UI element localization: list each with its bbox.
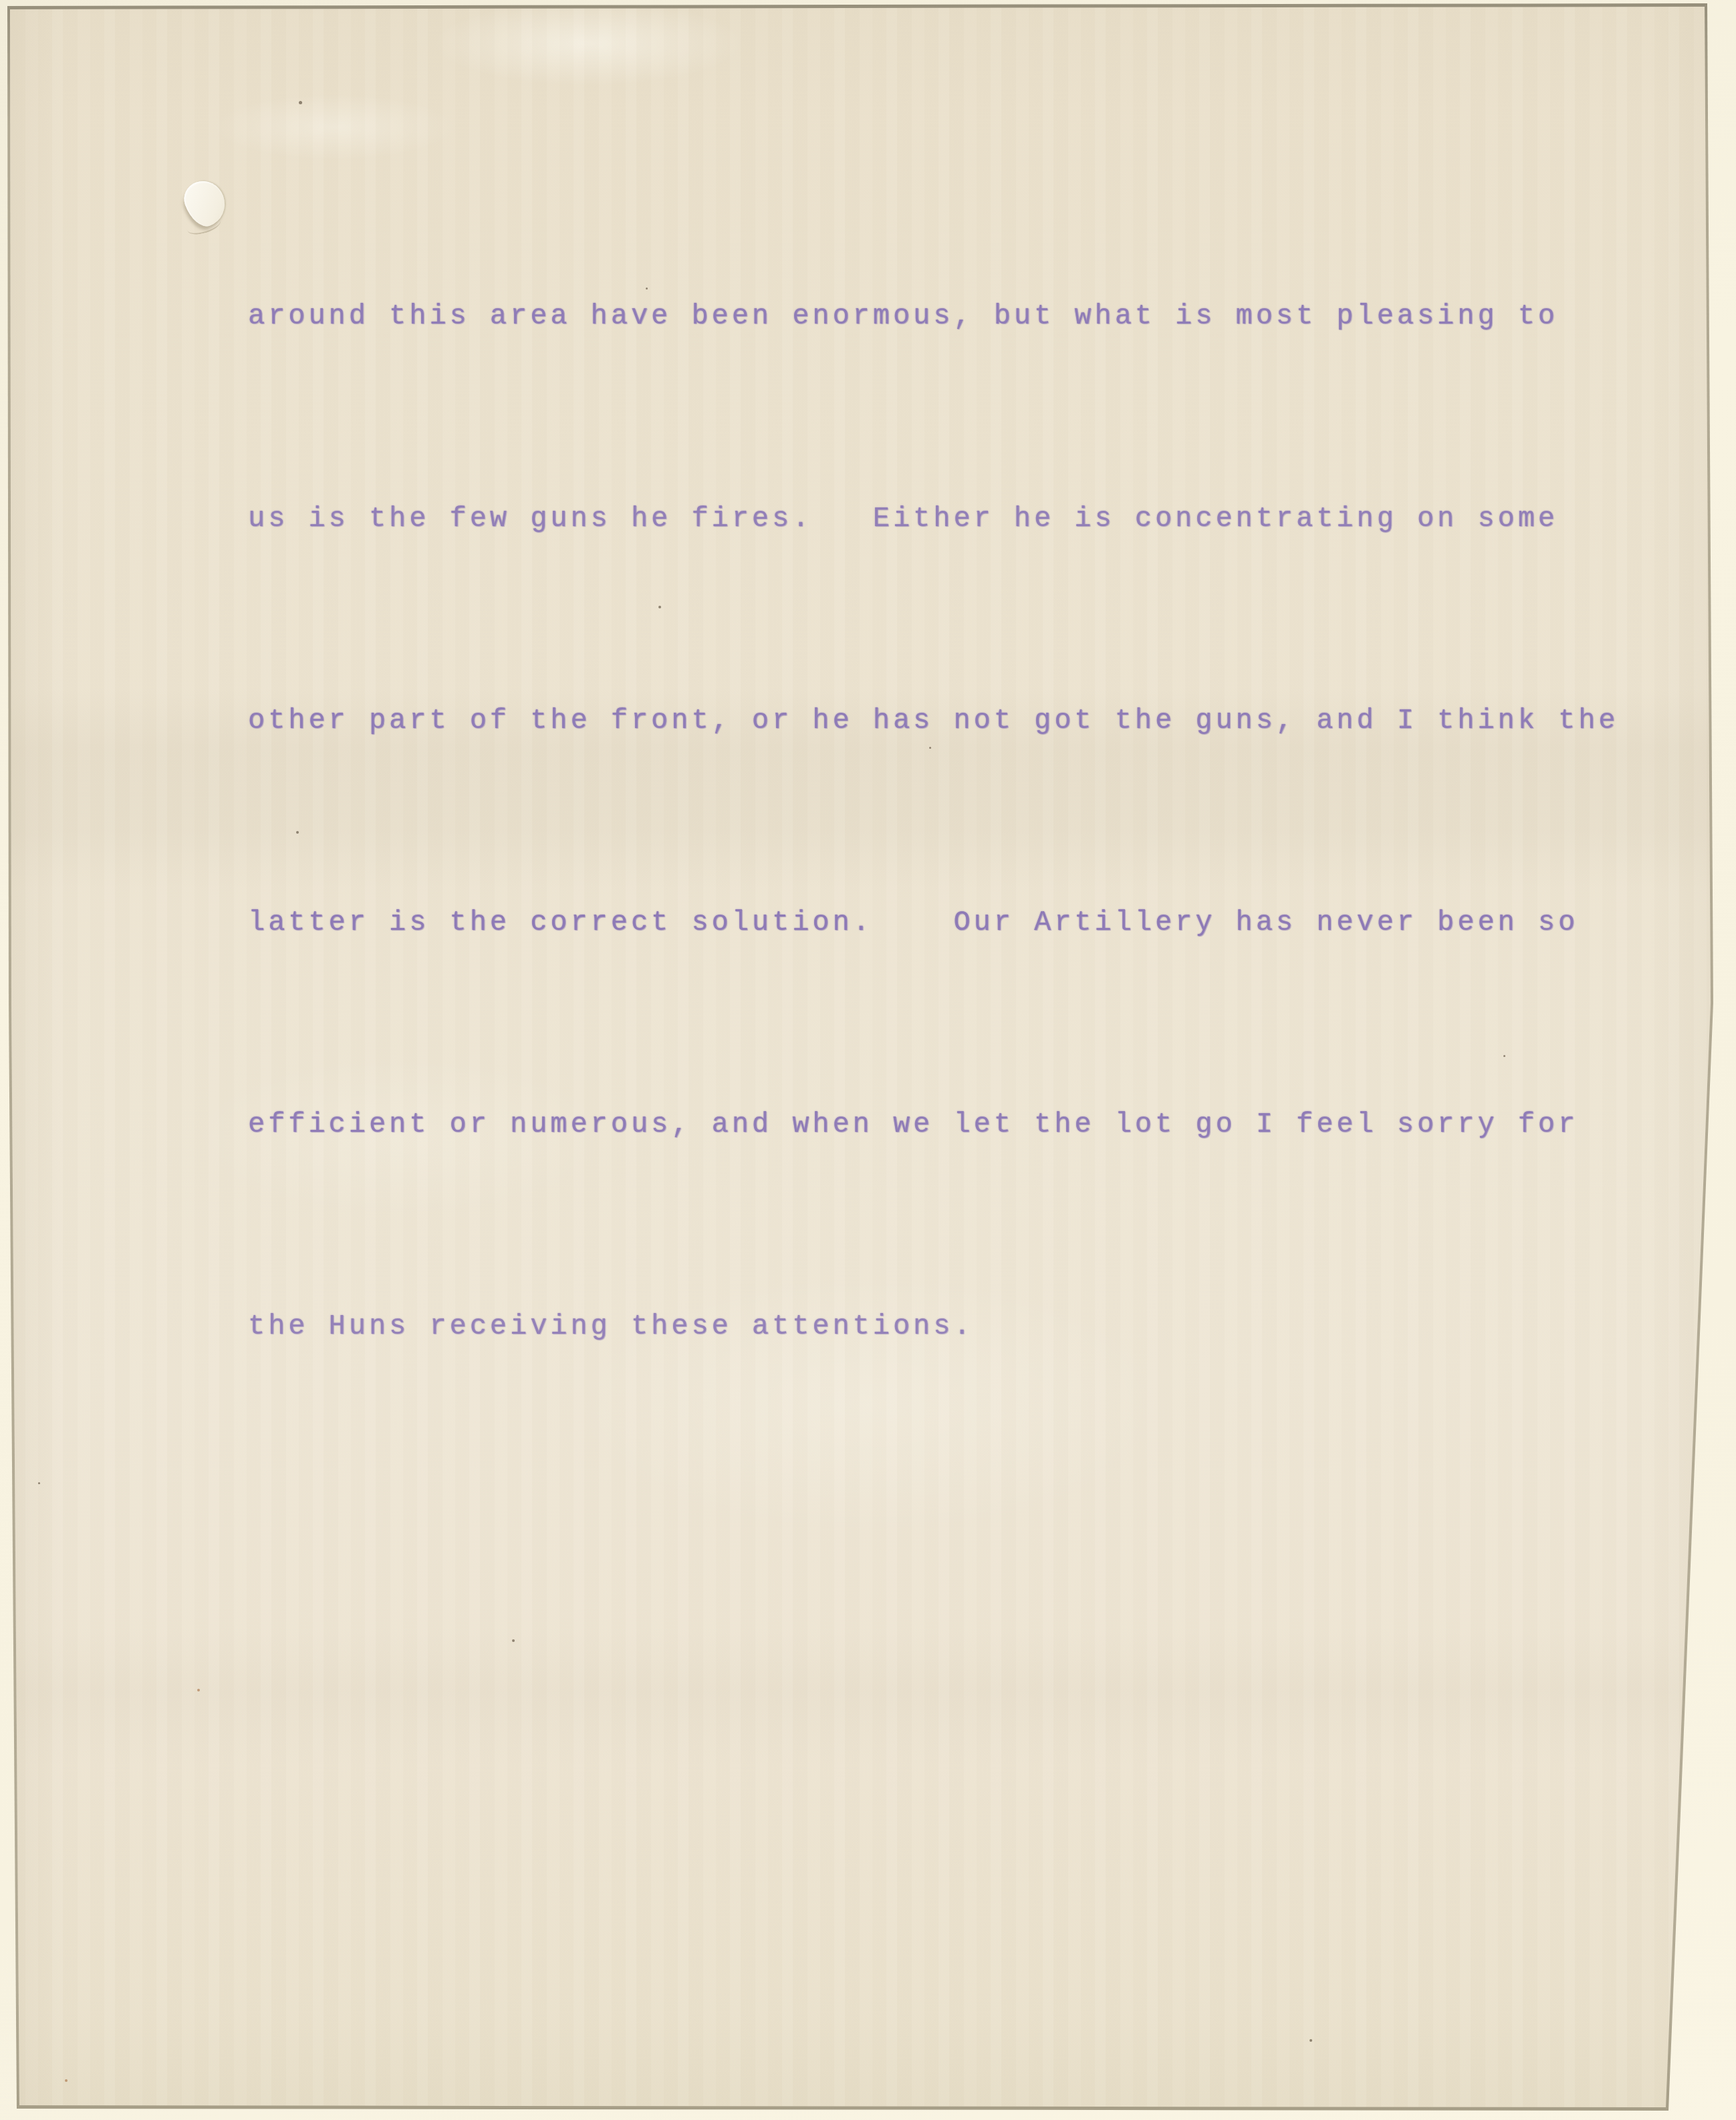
paper-speck	[646, 287, 648, 289]
paper-speck	[65, 2079, 68, 2082]
paper-tear	[179, 175, 231, 231]
letter-page: around this area have been enormous, but…	[0, 0, 1736, 2120]
paper-speck	[197, 1689, 200, 1691]
typed-paragraph: around this area have been enormous, but…	[248, 148, 1618, 1495]
paper-speck	[38, 1482, 40, 1484]
paper-speck	[1310, 2039, 1312, 2042]
paper-speck	[299, 101, 302, 104]
typed-line-3: other part of the front, or he has not g…	[248, 687, 1618, 755]
paper-speck	[296, 831, 299, 834]
typed-line-1: around this area have been enormous, but…	[248, 283, 1618, 350]
paper-speck	[512, 1639, 515, 1642]
typed-line-6: the Huns receiving these attentions.	[248, 1293, 1618, 1361]
scan-background: around this area have been enormous, but…	[0, 0, 1736, 2120]
paper-speck	[1503, 1055, 1505, 1057]
typed-line-2: us is the few guns he fires. Either he i…	[248, 485, 1618, 553]
paper-speck	[658, 606, 661, 608]
typed-line-4: latter is the correct solution. Our Arti…	[248, 889, 1618, 957]
paper-speck	[929, 747, 931, 749]
typed-line-5: efficient or numerous, and when we let t…	[248, 1091, 1618, 1159]
